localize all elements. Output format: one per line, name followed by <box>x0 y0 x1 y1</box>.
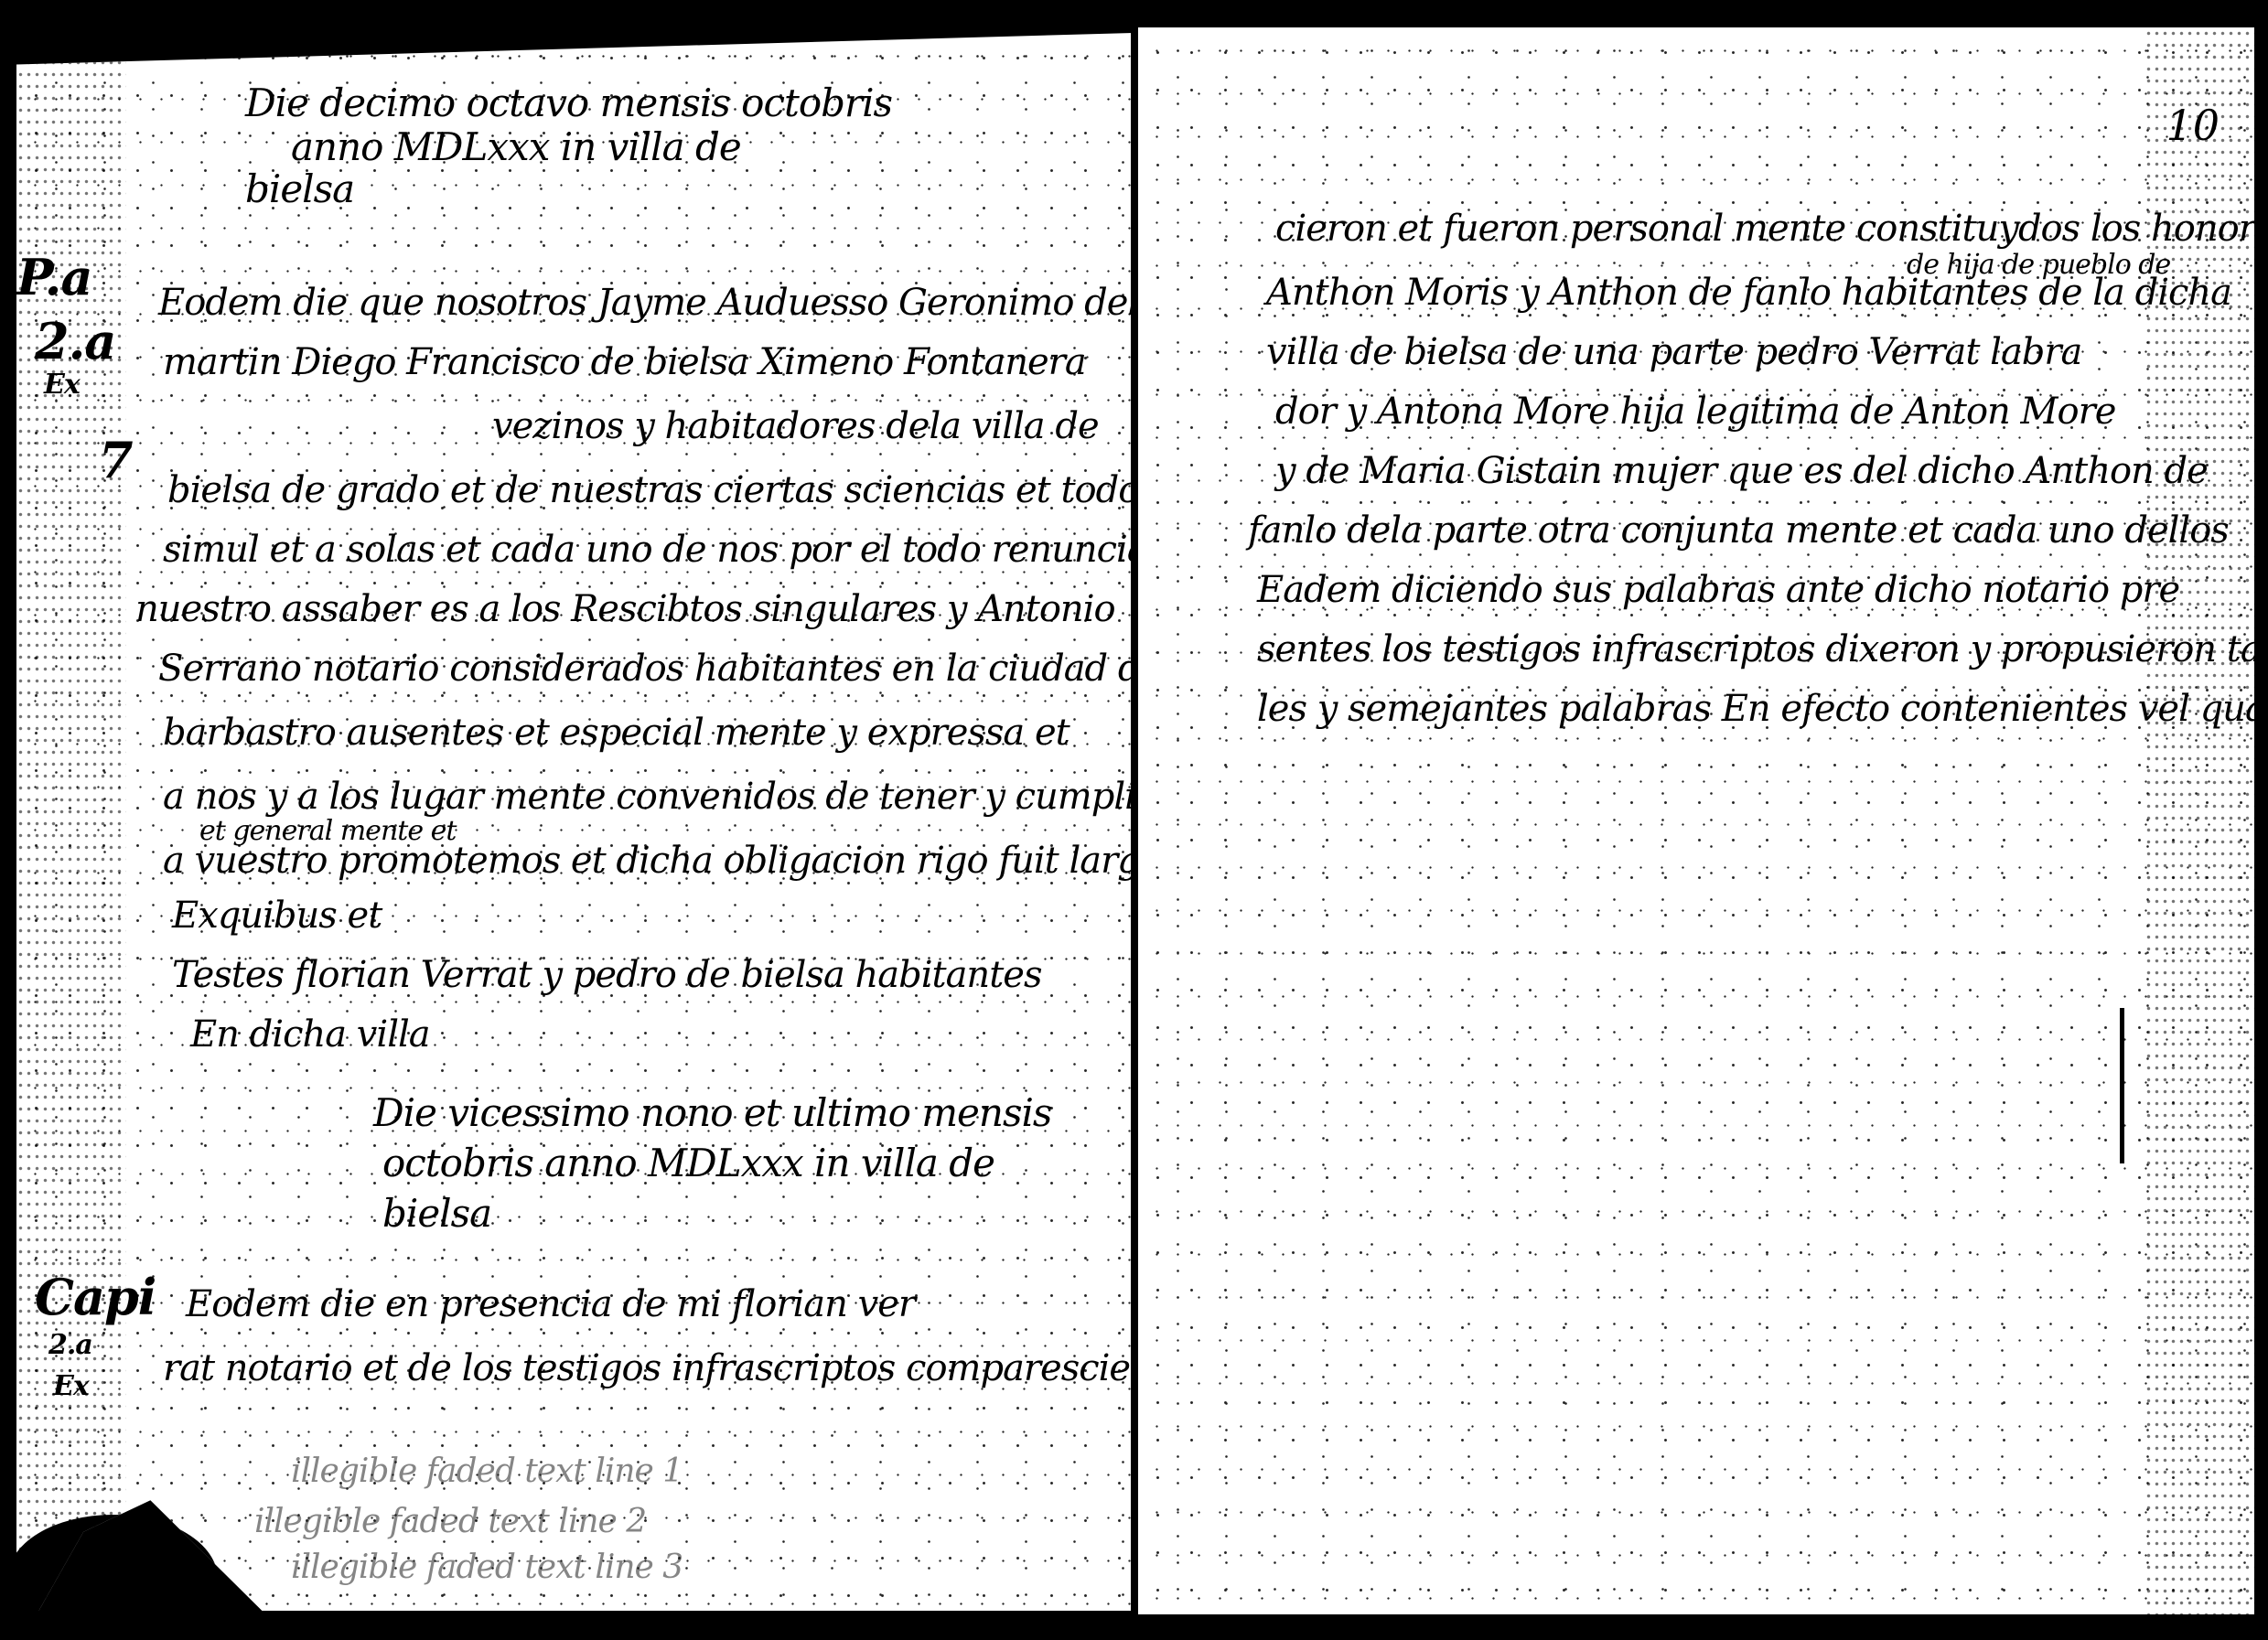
entry1-body-line6: nuestro assaber es a los Rescibtos singu… <box>135 591 1115 627</box>
left-page: Die decimo octavo mensis octobris anno M… <box>16 33 1133 1611</box>
page-gutter-line <box>1131 18 1136 1628</box>
faint-line-3: illegible faded text line 3 <box>291 1551 683 1584</box>
entry1-witness-line1: Testes florian Verrat y pedro de bielsa … <box>172 957 1041 993</box>
margin-note-2a: 2.a <box>35 316 115 366</box>
entry1-body-line1: Eodem die que nosotros Jayme Auduesso Ge… <box>158 284 1133 321</box>
folio-number: 10 <box>2166 101 2220 150</box>
entry2-heading-line1: Die vicessimo nono et ultimo mensis <box>373 1094 1052 1132</box>
right-body-line1: cieron et fueron personal mente constitu… <box>1275 210 2254 247</box>
margin-note-ex: Ex <box>44 371 80 399</box>
right-body-line9: les y semejantes palabras En efecto cont… <box>1257 691 2254 727</box>
faint-line-1: illegible faded text line 1 <box>291 1455 683 1488</box>
entry1-heading-line1: Die decimo octavo mensis octobris <box>245 84 892 123</box>
entry1-body-line4: bielsa de grado et de nuestras ciertas s… <box>167 472 1133 509</box>
entry1-heading-line2: anno MDLxxx in villa de <box>291 128 741 166</box>
entry1-body-line2: martin Diego Francisco de bielsa Ximeno … <box>163 344 1086 381</box>
right-body-line4: dor y Antona More hija legitima de Anton… <box>1275 393 2115 430</box>
right-body-line2: Anthon Moris y Anthon de fanlo habitante… <box>1266 274 2231 311</box>
faint-line-2: illegible faded text line 2 <box>254 1506 646 1538</box>
entry1-witness-line2: En dicha villa <box>190 1016 430 1053</box>
vertical-pen-stroke <box>2120 1008 2124 1163</box>
entry1-body-line5: simul et a solas et cada uno de nos por … <box>163 531 1133 568</box>
entry1-body-line7: Serrano notario considerados habitantes … <box>158 650 1133 687</box>
entry1-heading-line3: bielsa <box>245 170 354 209</box>
entry2-body-line2: rat notario et de los testigos infrascri… <box>163 1350 1133 1387</box>
entry1-body-line9: a nos y a los lugar mente convenidos de … <box>163 778 1133 815</box>
entry1-body-line11: Exquibus et <box>172 897 382 934</box>
right-page: 10 cieron et fueron personal mente const… <box>1138 27 2254 1614</box>
right-body-line8: sentes los testigos infrascriptos dixero… <box>1257 631 2254 668</box>
right-body-line3: villa de bielsa de una parte pedro Verra… <box>1266 334 2081 370</box>
entry2-heading-line2: octobris anno MDLxxx in villa de <box>382 1144 994 1183</box>
entry2-heading-line3: bielsa <box>382 1195 491 1233</box>
entry1-body-line3: vezinos y habitadores dela villa de <box>492 408 1099 445</box>
margin-note-capi: Capi <box>35 1272 156 1322</box>
margin-mark-7: 7 <box>99 435 133 485</box>
entry1-body-line10: a vuestro promotemos et dicha obligacion… <box>163 842 1133 879</box>
margin-note-pa: P.a <box>16 252 91 302</box>
margin-note-ex-entry2: Ex <box>53 1373 89 1400</box>
entry1-body-line8: barbastro ausentes et especial mente y e… <box>163 714 1070 751</box>
margin-note-2a-entry2: 2.a <box>48 1332 92 1359</box>
right-body-line7: Eadem diciendo sus palabras ante dicho n… <box>1257 572 2179 608</box>
right-body-line5: y de Maria Gistain mujer que es del dich… <box>1275 453 2208 489</box>
entry2-body-line1: Eodem die en presencia de mi florian ver <box>186 1286 915 1323</box>
right-body-line6: fanlo dela parte otra conjunta mente et … <box>1248 512 2229 549</box>
